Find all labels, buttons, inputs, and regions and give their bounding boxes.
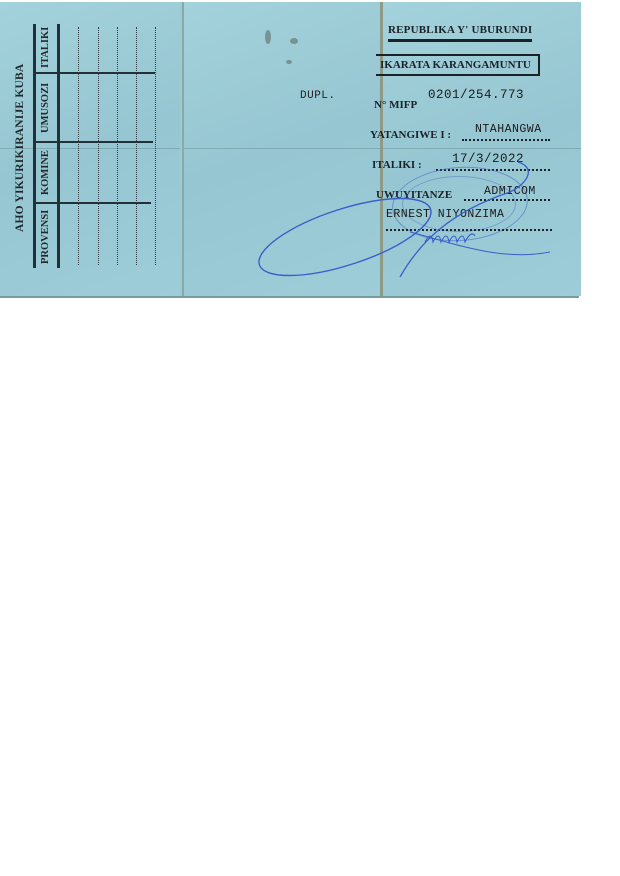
signature-scribble bbox=[250, 152, 550, 282]
id-card-scan: AHO YIKURIKIRANIJE KUBA PROVENSI KOMINE … bbox=[0, 2, 579, 298]
table-border-header bbox=[57, 24, 60, 268]
duplicate-mark: DUPL. bbox=[300, 90, 336, 102]
mifp-label: N° MIFP bbox=[374, 99, 417, 111]
country-title: REPUBLIKA Y' UBURUNDI bbox=[388, 24, 532, 36]
country-underline bbox=[388, 39, 532, 42]
column-provensi: PROVENSI bbox=[40, 210, 51, 264]
issued-at-value: NTAHANGWA bbox=[475, 123, 542, 136]
column-divider bbox=[33, 141, 153, 143]
column-divider bbox=[33, 202, 151, 204]
column-umusozi: UMUSOZI bbox=[40, 83, 51, 133]
column-italiki: ITALIKI bbox=[40, 27, 51, 68]
table-border-left bbox=[33, 24, 36, 268]
scuff-mark bbox=[286, 60, 292, 64]
residence-table-title: AHO YIKURIKIRANIJE KUBA bbox=[14, 64, 26, 232]
scuff-mark bbox=[265, 30, 271, 44]
dotted-row bbox=[136, 27, 137, 265]
dotted-row bbox=[117, 27, 118, 265]
column-komine: KOMINE bbox=[40, 150, 51, 195]
scuff-mark bbox=[290, 38, 298, 44]
dotted-row bbox=[155, 27, 156, 265]
left-panel-residence-table: AHO YIKURIKIRANIJE KUBA PROVENSI KOMINE … bbox=[0, 2, 180, 296]
dotted-row bbox=[78, 27, 79, 265]
mifp-number: 0201/254.773 bbox=[428, 88, 524, 102]
dotted-row bbox=[98, 27, 99, 265]
document-title: IKARATA KARANGAMUNTU bbox=[380, 59, 531, 71]
issued-at-dotline bbox=[462, 139, 550, 141]
issued-at-label: YATANGIWE I : bbox=[370, 129, 451, 141]
